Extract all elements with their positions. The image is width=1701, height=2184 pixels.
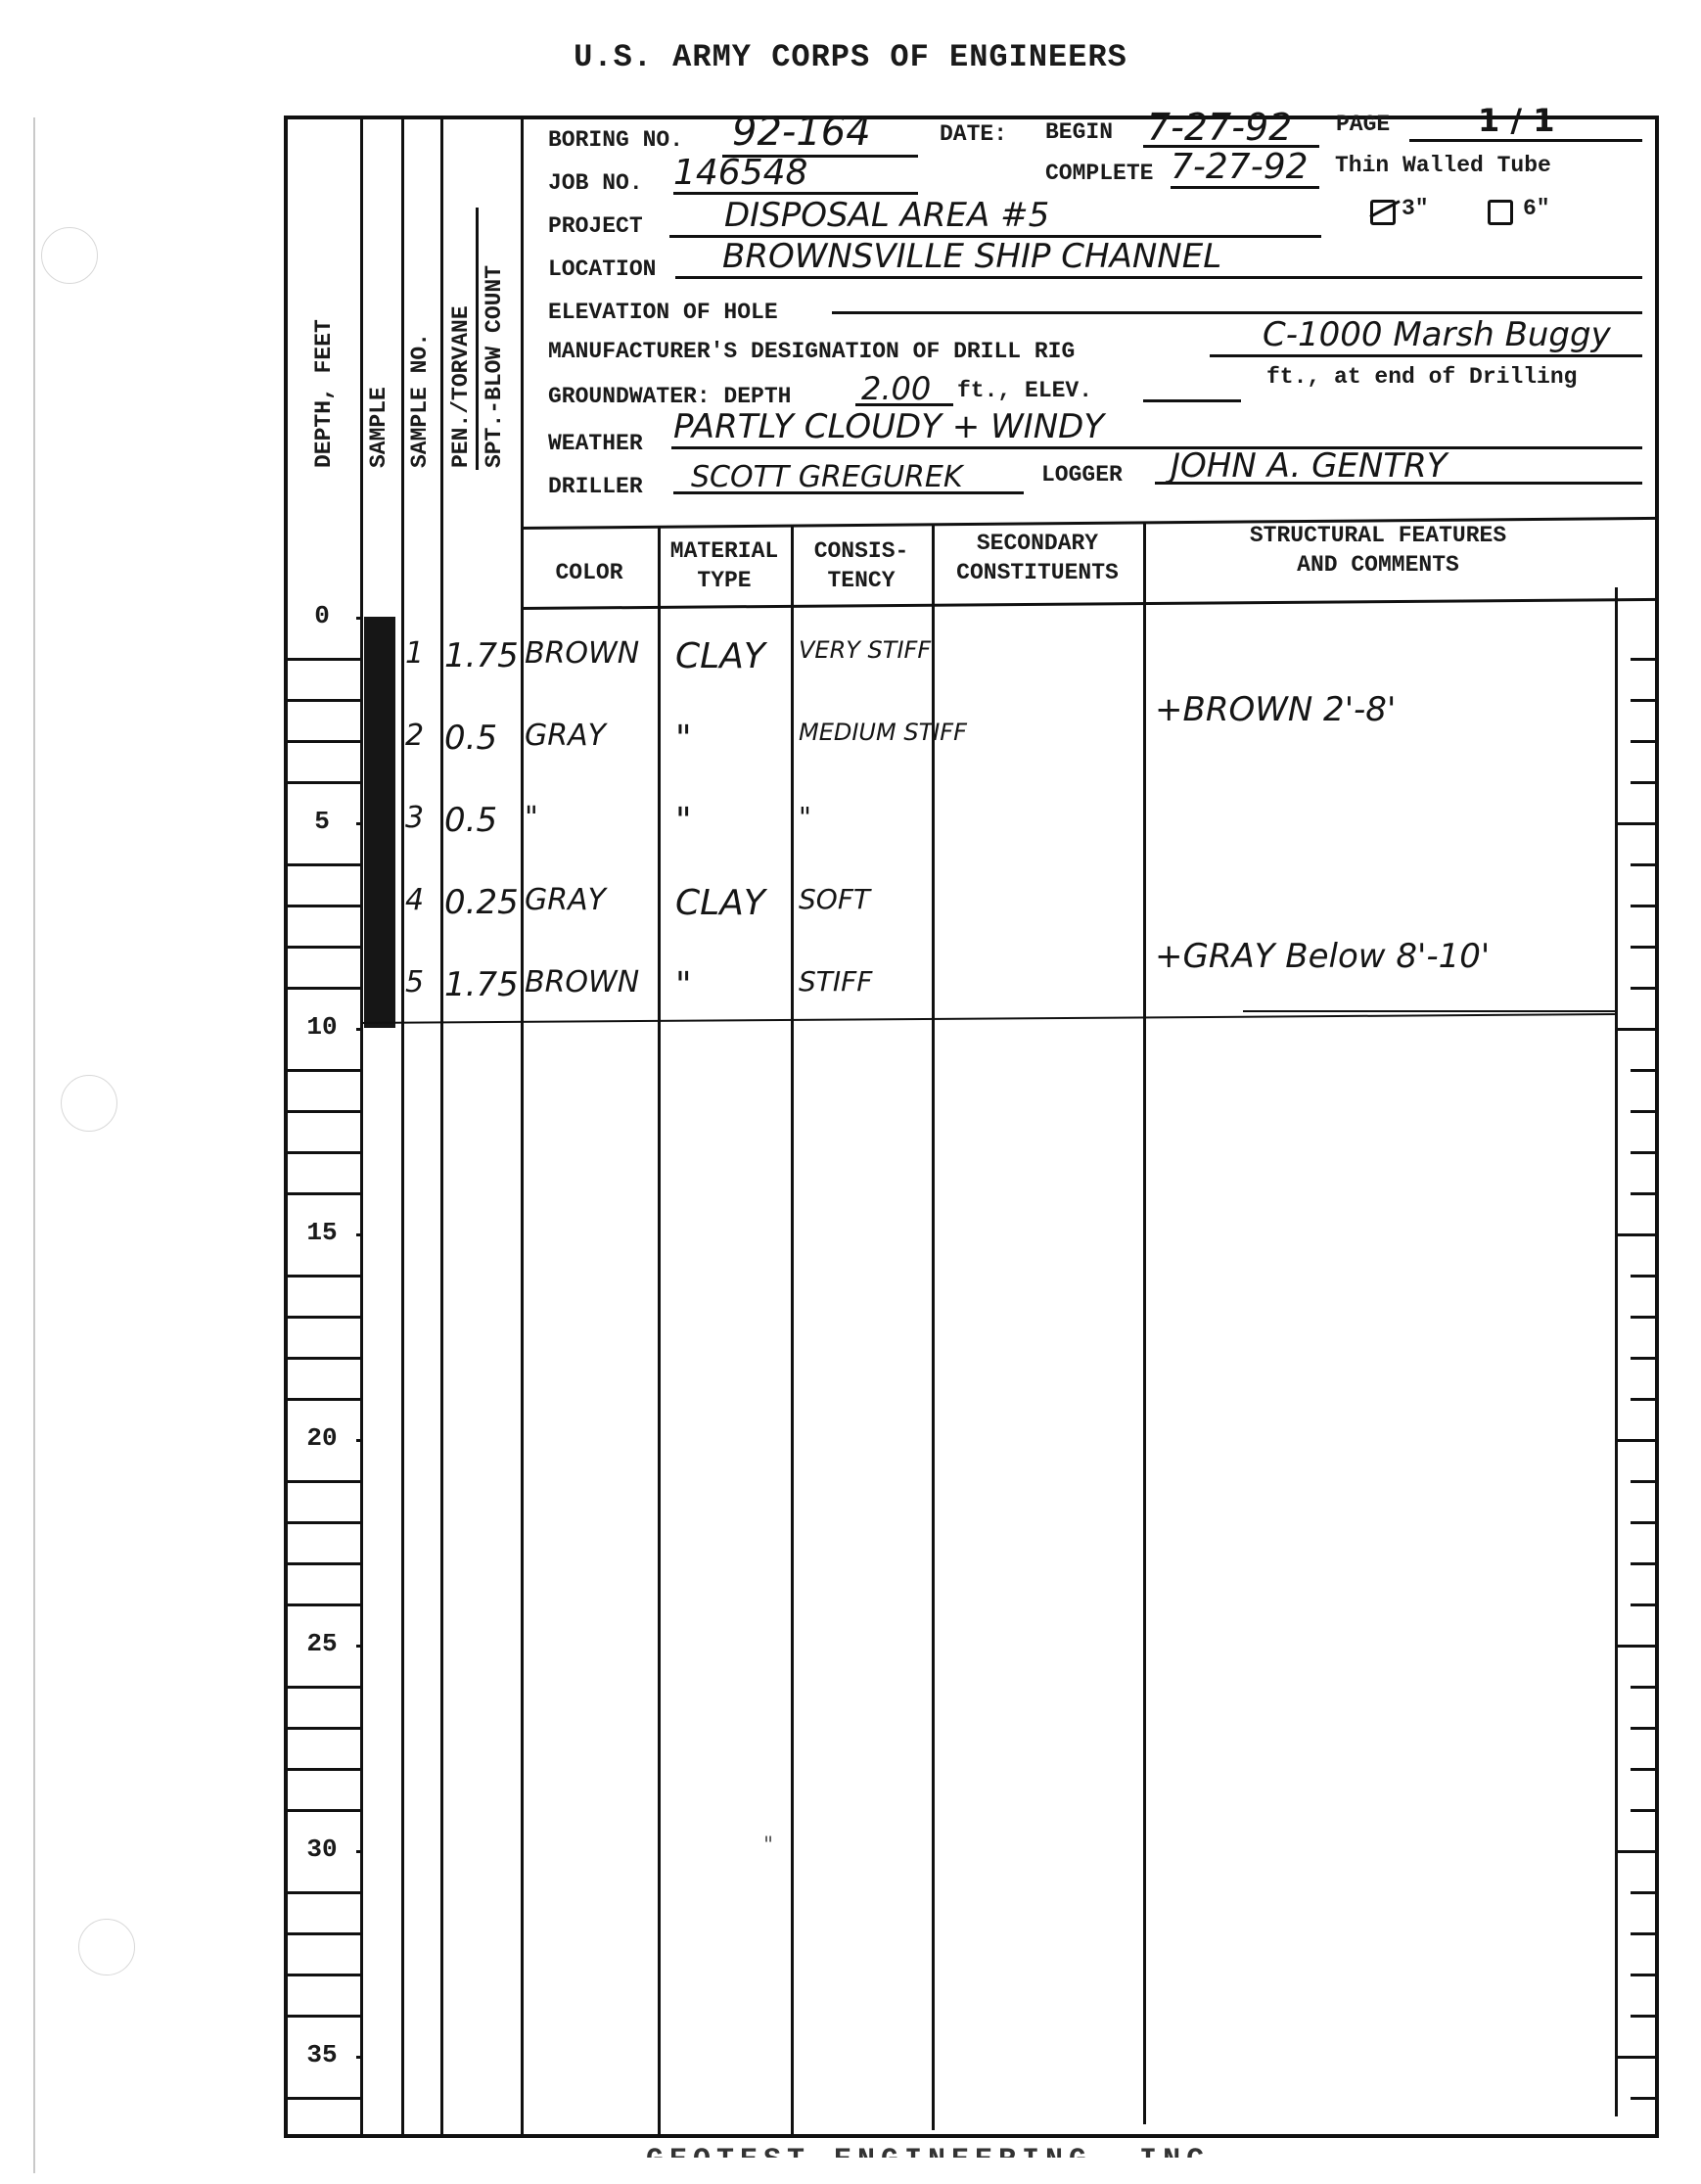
sample-column-label: SAMPLE <box>366 387 391 468</box>
ft-elev-label: ft., ELEV. <box>957 378 1092 403</box>
end-of-drilling-label: ft., at end of Drilling <box>1266 364 1577 390</box>
groundwater-depth-value: 2.00 <box>861 370 931 407</box>
cell-material: " <box>675 965 791 1005</box>
cell-sample_no: 1 <box>405 636 438 671</box>
depth-tick <box>284 1768 360 1771</box>
stray-mark: " <box>763 1834 773 1858</box>
divider <box>401 117 404 2138</box>
depth-tick <box>284 1809 360 1812</box>
scale-tick <box>1631 1398 1658 1401</box>
scale-tick <box>1631 1521 1658 1524</box>
depth-label: 25 <box>288 1629 356 1658</box>
depth-tick <box>284 740 360 743</box>
scale-line <box>1615 1850 1659 1853</box>
depth-tick <box>284 699 360 702</box>
cell-consistency: MEDIUM STIFF <box>799 719 932 746</box>
depth-tick <box>284 1603 360 1606</box>
sample-no-column-label: SAMPLE NO. <box>407 333 433 468</box>
underline <box>1409 139 1642 142</box>
location-value: BROWNSVILLE SHIP CHANNEL <box>722 237 1221 276</box>
depth-tick <box>284 1521 360 1524</box>
cell-pen: 0.5 <box>444 719 521 758</box>
depth-tick <box>284 863 360 866</box>
scale-tick <box>1631 1932 1658 1935</box>
logger-label: LOGGER <box>1041 462 1123 488</box>
scale-line <box>1615 1028 1659 1031</box>
scale-tick <box>1631 1192 1658 1195</box>
drill-rig-label: MANUFACTURER'S DESIGNATION OF DRILL RIG <box>548 339 1075 364</box>
date-label: DATE: <box>940 121 1007 147</box>
fraction-bar <box>476 208 479 470</box>
scale-tick <box>1631 905 1658 907</box>
scale-line <box>1615 1439 1659 1442</box>
col-header-secondary: SECONDARY CONSTITUENTS <box>932 529 1143 587</box>
begin-date-value: 7-27-92 <box>1147 106 1292 149</box>
weather-label: WEATHER <box>548 431 643 456</box>
depth-tick <box>284 1686 360 1689</box>
location-label: LOCATION <box>548 256 656 282</box>
job-no-label: JOB NO. <box>548 170 643 196</box>
complete-label: COMPLETE <box>1045 161 1153 186</box>
groundwater-elev-field <box>1143 399 1241 402</box>
divider <box>1143 523 1146 2124</box>
depth-tick <box>284 987 360 990</box>
cell-consistency: VERY STIFF <box>799 636 932 664</box>
scale-tick <box>1631 1316 1658 1319</box>
divider <box>932 525 935 2130</box>
depth-tick <box>284 1891 360 1894</box>
cell-pen: 1.75 <box>444 636 521 675</box>
tube-6in-checkbox[interactable] <box>1488 200 1513 225</box>
scale-tick <box>1631 1974 1658 1976</box>
col-header-color: COLOR <box>521 558 658 587</box>
scale-tick <box>1631 1069 1658 1072</box>
scale-line <box>1615 2056 1659 2059</box>
begin-label: BEGIN <box>1045 119 1113 145</box>
depth-tick <box>284 1151 360 1154</box>
depth-tick <box>284 905 360 907</box>
col-header-material: MATERIAL TYPE <box>658 536 791 595</box>
col-header-consistency: CONSIS- TENCY <box>791 536 932 595</box>
punch-hole <box>61 1075 117 1132</box>
sample-interval-bar <box>364 617 395 1028</box>
depth-tick <box>284 781 360 784</box>
tube-3in-label: 3" <box>1402 196 1429 221</box>
divider <box>658 527 661 2138</box>
page-value: 1 / 1 <box>1478 102 1555 139</box>
scale-tick <box>1631 1480 1658 1483</box>
depth-tick <box>284 1480 360 1483</box>
scale-line <box>1615 1233 1659 1236</box>
cell-sample_no: 3 <box>405 801 438 835</box>
scale-line <box>1615 1645 1659 1648</box>
scale-line <box>1615 822 1659 825</box>
depth-tick <box>284 658 360 661</box>
punch-hole <box>41 227 98 284</box>
thin-walled-tube-label: Thin Walled Tube <box>1335 153 1551 178</box>
boring-no-value: 92-164 <box>732 110 871 155</box>
underline <box>671 446 1642 449</box>
cell-consistency: " <box>799 801 932 833</box>
cell-material: " <box>675 719 791 759</box>
cell-color: GRAY <box>525 883 658 917</box>
scale-tick <box>1631 1768 1658 1771</box>
scale-tick <box>1631 1151 1658 1154</box>
scale-tick <box>1631 1891 1658 1894</box>
cell-color: BROWN <box>525 636 658 671</box>
underline <box>1210 354 1642 357</box>
cell-sample_no: 4 <box>405 883 438 917</box>
elevation-field <box>832 311 1642 314</box>
scale-tick <box>1631 863 1658 866</box>
pen-torvane-label: PEN./TORVANE <box>448 305 474 468</box>
cell-pen: 1.75 <box>444 965 521 1004</box>
scale-tick <box>1631 1603 1658 1606</box>
scale-tick <box>1631 1727 1658 1730</box>
scale-tick <box>1631 2097 1658 2100</box>
page-label: PAGE <box>1336 112 1390 137</box>
scale-tick <box>1631 946 1658 949</box>
logger-value: JOHN A. GENTRY <box>1171 446 1448 486</box>
depth-label: 0 <box>288 601 356 630</box>
scale-tick <box>1631 658 1658 661</box>
boring-no-label: BORING NO. <box>548 127 683 153</box>
scale-tick <box>1631 1275 1658 1278</box>
depth-tick <box>284 2015 360 2018</box>
document-title: U.S. ARMY CORPS OF ENGINEERS <box>0 39 1701 75</box>
cell-color: " <box>525 801 658 835</box>
cell-material: CLAY <box>675 636 791 676</box>
cell-pen: 0.25 <box>444 883 521 922</box>
structural-comment: +GRAY Below 8'-10' <box>1155 937 1490 976</box>
scale-tick <box>1631 1686 1658 1689</box>
structural-comment: +BROWN 2'-8' <box>1155 690 1396 729</box>
tube-6in-label: 6" <box>1523 196 1550 221</box>
depth-tick <box>284 1727 360 1730</box>
cell-sample_no: 2 <box>405 719 438 753</box>
depth-label: 35 <box>288 2040 356 2069</box>
punch-hole <box>78 1919 135 1975</box>
col-header-structural: STRUCTURAL FEATURES AND COMMENTS <box>1143 521 1613 580</box>
project-label: PROJECT <box>548 213 643 239</box>
divider <box>440 117 443 2138</box>
comment-underline <box>1243 1010 1615 1012</box>
cell-color: BROWN <box>525 965 658 999</box>
scale-tick <box>1631 1110 1658 1113</box>
elevation-label: ELEVATION OF HOLE <box>548 300 778 325</box>
depth-tick <box>284 2097 360 2100</box>
depth-tick <box>284 1932 360 1935</box>
scale-tick <box>1631 1357 1658 1360</box>
depth-label: 20 <box>288 1423 356 1453</box>
project-value: DISPOSAL AREA #5 <box>724 196 1049 235</box>
depth-tick <box>284 1316 360 1319</box>
depth-tick <box>284 1562 360 1565</box>
job-no-value: 146548 <box>673 153 807 193</box>
scale-tick <box>1631 740 1658 743</box>
scale-tick <box>1631 1809 1658 1812</box>
divider <box>360 117 363 2138</box>
cell-pen: 0.5 <box>444 801 521 840</box>
cell-color: GRAY <box>525 719 658 753</box>
depth-tick <box>284 1110 360 1113</box>
footer-company-name: GEOTEST ENGINEERING, INC. <box>646 2144 1233 2158</box>
cell-material: " <box>675 801 791 841</box>
page-edge-line <box>33 117 35 2173</box>
divider <box>791 527 794 2136</box>
cell-consistency: SOFT <box>799 883 932 915</box>
depth-tick <box>284 946 360 949</box>
depth-label: 10 <box>288 1012 356 1042</box>
scale-tick <box>1631 781 1658 784</box>
depth-tick <box>284 1192 360 1195</box>
depth-tick <box>284 1357 360 1360</box>
depth-tick <box>284 1974 360 1976</box>
driller-label: DRILLER <box>548 474 643 499</box>
cell-sample_no: 5 <box>405 965 438 999</box>
scale-tick <box>1631 987 1658 990</box>
groundwater-label: GROUNDWATER: DEPTH <box>548 384 791 409</box>
depth-tick <box>284 1398 360 1401</box>
depth-label: 15 <box>288 1218 356 1247</box>
scale-tick <box>1631 2015 1658 2018</box>
divider <box>521 117 524 2138</box>
complete-date-value: 7-27-92 <box>1171 147 1309 187</box>
divider <box>1615 587 1618 2116</box>
drill-rig-value: C-1000 Marsh Buggy <box>1263 315 1611 354</box>
depth-label: 30 <box>288 1835 356 1864</box>
scale-tick <box>1631 1562 1658 1565</box>
spt-blow-count-label: SPT.-BLOW COUNT <box>482 265 507 468</box>
weather-value: PARTLY CLOUDY + WINDY <box>673 407 1104 446</box>
scale-tick <box>1631 699 1658 702</box>
depth-tick <box>284 1275 360 1278</box>
underline <box>675 276 1642 279</box>
driller-value: SCOTT GREGUREK <box>691 460 963 494</box>
cell-material: CLAY <box>675 883 791 923</box>
cell-consistency: STIFF <box>799 965 932 998</box>
depth-column-label: DEPTH, FEET <box>311 319 337 468</box>
depth-tick <box>284 1069 360 1072</box>
depth-label: 5 <box>288 807 356 836</box>
